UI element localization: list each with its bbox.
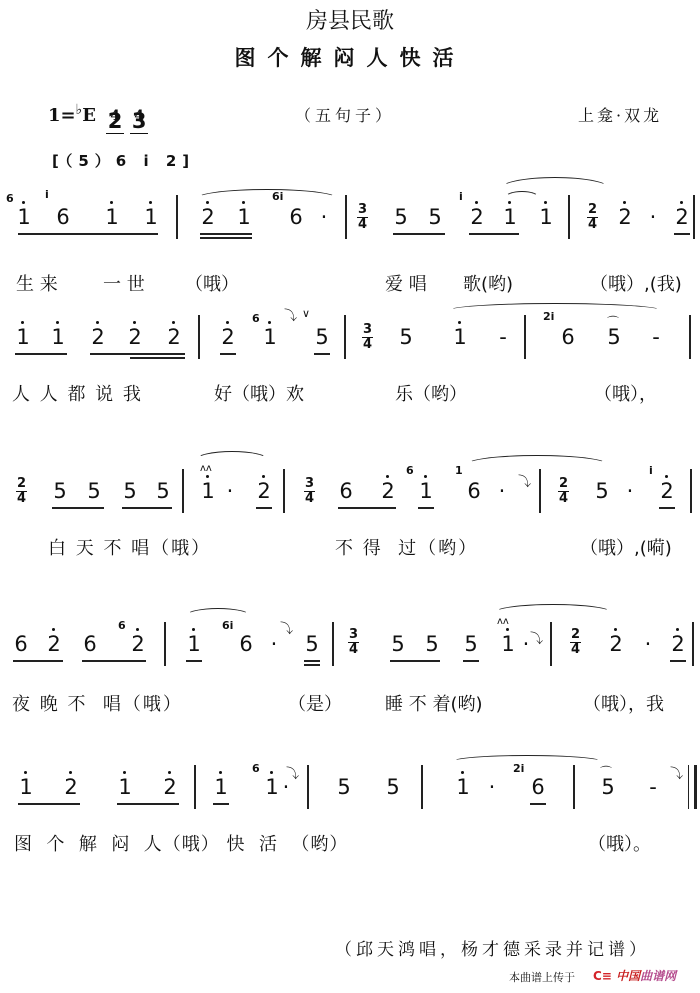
song-category: 房县民歌	[0, 4, 700, 35]
note: 1	[18, 775, 34, 799]
dot-extension: ·	[645, 205, 661, 229]
grace-note: 6i	[272, 191, 283, 202]
barline	[194, 765, 196, 809]
note: 5	[427, 205, 443, 229]
note: 5	[86, 479, 102, 503]
barline	[421, 765, 423, 809]
note: 5	[314, 325, 330, 349]
barline	[550, 622, 552, 666]
transcription-credit: （邱天鸿唱，杨才德采录并记谱）	[335, 935, 650, 960]
note: 2	[200, 205, 216, 229]
lyric: （哦）	[185, 270, 239, 296]
underline	[469, 233, 519, 235]
slur	[466, 455, 608, 474]
lyric: 图 个 解 闷 人（哦） 快 活 （哟）	[14, 830, 348, 856]
lyric: 歌(哟)	[463, 270, 513, 296]
lyric: 爱 唱	[385, 270, 427, 296]
barline	[573, 765, 575, 809]
song-form: （五句子）	[295, 103, 395, 126]
underline	[15, 353, 67, 355]
note: 5	[463, 632, 479, 656]
barline	[344, 315, 346, 359]
note: 2	[127, 325, 143, 349]
dash-extension: -	[645, 775, 661, 799]
note: 1	[418, 479, 434, 503]
note: 2	[130, 632, 146, 656]
note: 1	[50, 325, 66, 349]
note: 6	[13, 632, 29, 656]
note: 1	[213, 775, 229, 799]
underline	[220, 353, 236, 355]
trill-icon: ʌʌ	[200, 463, 212, 474]
underline	[418, 507, 434, 509]
note: 2	[220, 325, 236, 349]
dot-extension: ·	[640, 632, 656, 656]
note: 1	[500, 632, 516, 656]
barline	[283, 469, 285, 513]
upload-note: 本曲谱上传于	[509, 969, 575, 985]
barline	[182, 469, 184, 513]
note: 5	[122, 479, 138, 503]
barline	[693, 195, 695, 239]
grace-note: 6	[118, 620, 126, 631]
note: 1	[16, 205, 32, 229]
note: 5	[398, 325, 414, 349]
site-logo[interactable]: C≡ 中国曲谱网	[593, 967, 676, 984]
underline	[18, 803, 80, 805]
note: 2	[162, 775, 178, 799]
grace-note: 6	[252, 763, 260, 774]
underline	[674, 233, 690, 235]
underline	[18, 233, 158, 235]
underline	[117, 803, 179, 805]
lyric: 生 来	[16, 270, 58, 296]
note: 6	[238, 632, 254, 656]
lyric: （哦），我	[583, 690, 664, 716]
note: 6	[288, 205, 304, 229]
underline	[122, 507, 172, 509]
barline	[332, 622, 334, 666]
time-signature: 24	[558, 477, 569, 506]
underline	[13, 660, 63, 662]
underline	[130, 357, 185, 359]
note: 5	[424, 632, 440, 656]
note: 1	[236, 205, 252, 229]
note: 2	[617, 205, 633, 229]
note: 6	[560, 325, 576, 349]
note: 2	[608, 632, 624, 656]
key-label: 1=	[48, 105, 76, 126]
note: 1	[104, 205, 120, 229]
underline	[314, 353, 330, 355]
underline	[256, 507, 272, 509]
grace-note: 6	[252, 313, 260, 324]
time-signature: 34	[362, 323, 373, 352]
lyric: 乐（哟）	[395, 380, 467, 406]
note: 5	[52, 479, 68, 503]
lyric: 一 世	[103, 270, 145, 296]
ts-num: 2	[106, 109, 124, 134]
intro-notation: [（5）6 i 2]	[52, 150, 195, 171]
note: 5	[606, 325, 622, 349]
lyric: 睡 不 着(哟)	[385, 690, 483, 716]
breath-arrow-icon: ⤵	[286, 763, 299, 782]
note: 2	[63, 775, 79, 799]
breath-arrow-icon: ⤵	[530, 628, 543, 647]
barline	[345, 195, 347, 239]
barline	[524, 315, 526, 359]
grace-note: i	[45, 189, 49, 200]
lyric: （哦）,(我)	[590, 270, 682, 296]
tie	[452, 755, 602, 768]
dot-extension: ·	[316, 205, 332, 229]
underline	[213, 803, 229, 805]
lyric: 夜 晚 不 唱（哦）	[12, 690, 183, 716]
key-signature: 1=♭E 24 34	[48, 102, 144, 126]
underline	[304, 660, 320, 662]
trill-icon: ʌʌ	[497, 616, 509, 627]
underline	[200, 237, 252, 239]
barline	[198, 315, 200, 359]
note: 2	[166, 325, 182, 349]
barline	[568, 195, 570, 239]
breath-arrow-icon: ⤵	[670, 763, 683, 782]
breath-mark-icon: ∨	[302, 307, 310, 320]
note: 5	[385, 775, 401, 799]
time-signature: 34	[304, 477, 315, 506]
underline	[530, 803, 546, 805]
time-signature: 24	[16, 477, 27, 506]
note: 5	[155, 479, 171, 503]
lyric: （哦），	[594, 380, 657, 406]
note: 1	[455, 775, 471, 799]
note: 2	[670, 632, 686, 656]
barline	[307, 765, 309, 809]
underline	[304, 664, 320, 666]
dash-extension: -	[648, 325, 664, 349]
lyric: （哦）。	[588, 830, 651, 856]
time-signature-2-4: 24	[110, 109, 120, 124]
underline	[186, 660, 202, 662]
slur	[494, 604, 612, 621]
underline	[82, 660, 146, 662]
barline	[164, 622, 166, 666]
underline	[52, 507, 104, 509]
dot-extension: ·	[484, 775, 500, 799]
underline	[670, 660, 686, 662]
slur	[505, 191, 539, 204]
note: 1	[143, 205, 159, 229]
lyric: 不 得 过（哟）	[335, 534, 478, 560]
note: 6	[466, 479, 482, 503]
lyric: （是）	[288, 690, 342, 716]
time-signature: 24	[587, 203, 598, 232]
note: 2	[380, 479, 396, 503]
final-barline	[688, 765, 697, 809]
underline	[200, 233, 252, 235]
grace-note: 2i	[543, 311, 554, 322]
logo-mark-icon: C≡	[593, 969, 612, 983]
lyric: （哦）,(嗬)	[580, 534, 672, 560]
note: 1	[200, 479, 216, 503]
note: 2	[90, 325, 106, 349]
note: 1	[262, 325, 278, 349]
note: 5	[336, 775, 352, 799]
note: 1	[452, 325, 468, 349]
grace-note: 1	[455, 465, 463, 476]
underline	[393, 233, 445, 235]
song-region: 上龛·双龙	[578, 103, 662, 126]
dot-extension: ·	[222, 479, 238, 503]
tie	[448, 303, 662, 318]
note: 6	[530, 775, 546, 799]
song-title: 图个解闷人快活	[0, 42, 700, 72]
underline	[390, 660, 440, 662]
ts-num: 3	[130, 109, 148, 134]
barline	[176, 195, 178, 239]
note: 1	[502, 205, 518, 229]
note: 6	[55, 205, 71, 229]
note: 6	[82, 632, 98, 656]
dot-extension: ·	[622, 479, 638, 503]
note: 2	[674, 205, 690, 229]
note: 2	[256, 479, 272, 503]
note: 2	[469, 205, 485, 229]
time-signature-3-4: 34	[134, 109, 144, 124]
dot-extension: ·	[494, 479, 510, 503]
lyric: 白 天 不 唱（哦）	[48, 534, 211, 560]
note: 5	[594, 479, 610, 503]
note: 5	[390, 632, 406, 656]
grace-note: 6i	[222, 620, 233, 631]
breath-arrow-icon: ⤵	[280, 618, 293, 637]
note: 2	[659, 479, 675, 503]
note: 1	[15, 325, 31, 349]
logo-text-1: 中国	[616, 969, 640, 983]
note: 1	[538, 205, 554, 229]
barline	[692, 622, 694, 666]
note: 1	[117, 775, 133, 799]
breath-arrow-icon: ⤵	[284, 305, 297, 324]
breath-arrow-icon: ⤵	[518, 471, 531, 490]
barline	[690, 469, 692, 513]
barline	[539, 469, 541, 513]
note: 5	[393, 205, 409, 229]
slur	[186, 608, 250, 623]
underline	[338, 507, 396, 509]
underline	[463, 660, 479, 662]
time-signature: 34	[348, 628, 359, 657]
grace-note: i	[459, 191, 463, 202]
grace-note: 2i	[513, 763, 524, 774]
lyric: 好（哦）欢	[214, 380, 304, 406]
note: 6	[338, 479, 354, 503]
time-signature: 24	[570, 628, 581, 657]
grace-note: 6	[406, 465, 414, 476]
time-signature: 34	[357, 203, 368, 232]
grace-note: 6	[6, 193, 14, 204]
underline	[659, 507, 675, 509]
key-note: E	[82, 105, 96, 126]
note: 1	[186, 632, 202, 656]
note: 2	[46, 632, 62, 656]
lyric: 人 人 都 说 我	[12, 380, 143, 406]
underline	[90, 353, 185, 355]
barline	[689, 315, 691, 359]
note: 5	[600, 775, 616, 799]
dash-extension: -	[495, 325, 511, 349]
grace-note: i	[649, 465, 653, 476]
logo-text-2: 曲谱网	[640, 969, 676, 983]
note: 5	[304, 632, 320, 656]
